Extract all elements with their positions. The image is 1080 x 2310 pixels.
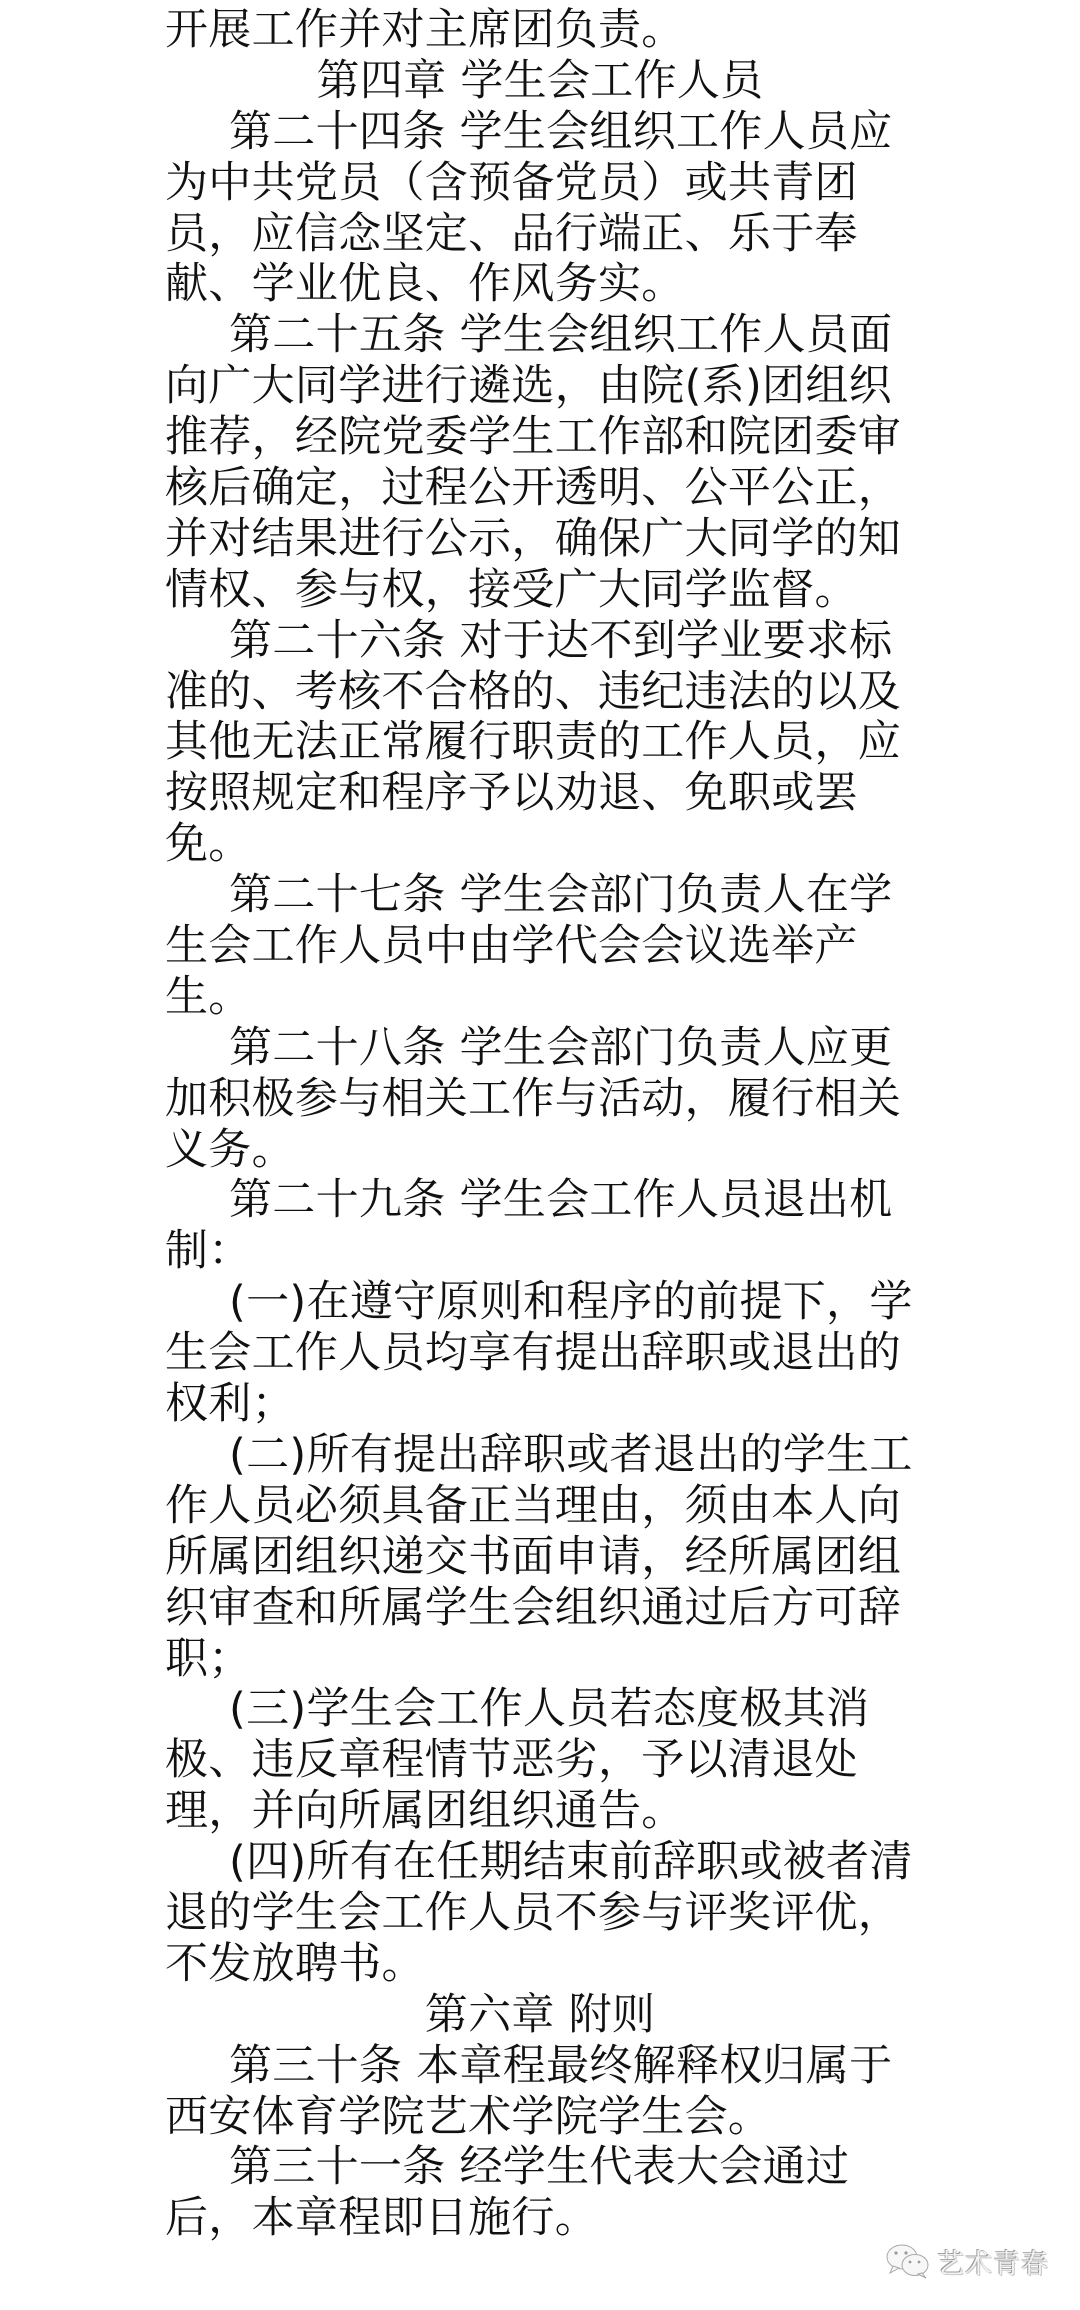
body-line: 为中共党员（含预备党员）或共青团: [165, 158, 925, 209]
wechat-icon: [885, 2242, 931, 2280]
body-line: 加积极参与相关工作与活动，履行相关: [165, 1074, 925, 1125]
clause-line: (二)所有提出辞职或者退出的学生工: [165, 1430, 925, 1481]
body-line: 职；: [165, 1634, 925, 1685]
clause-line: (一)在遵守原则和程序的前提下，学: [165, 1277, 925, 1328]
body-line: 不发放聘书。: [165, 1939, 925, 1990]
body-line: 织审查和所属学生会组织通过后方可辞: [165, 1583, 925, 1634]
body-line: 极、违反章程情节恶劣，予以清退处: [165, 1735, 925, 1786]
body-line: 情权、参与权，接受广大同学监督。: [165, 565, 925, 616]
clause-line: (四)所有在任期结束前辞职或被者清: [165, 1837, 925, 1888]
article-line: 第三十条 本章程最终解释权归属于: [165, 2041, 925, 2092]
body-line: 员，应信念坚定、品行端正、乐于奉: [165, 209, 925, 260]
article-line: 第三十一条 经学生代表大会通过: [165, 2142, 925, 2193]
article-line: 第二十四条 学生会组织工作人员应: [165, 107, 925, 158]
body-line: 理，并向所属团组织通告。: [165, 1786, 925, 1837]
body-line: 按照规定和程序予以劝退、免职或罢: [165, 768, 925, 819]
body-line: 制：: [165, 1226, 925, 1277]
body-line: 西安体育学院艺术学院学生会。: [165, 2092, 925, 2143]
body-line: 并对结果进行公示，确保广大同学的知: [165, 514, 925, 565]
article-line: 第二十五条 学生会组织工作人员面: [165, 310, 925, 361]
document-body: 开展工作并对主席团负责。 第四章 学生会工作人员 第二十四条 学生会组织工作人员…: [165, 5, 925, 2244]
body-line: 生。: [165, 972, 925, 1023]
watermark-text: 艺术青春: [937, 2242, 1049, 2281]
chapter-heading: 第六章 附则: [165, 1990, 915, 2041]
article-line: 第二十八条 学生会部门负责人应更: [165, 1023, 925, 1074]
body-line: 权利；: [165, 1379, 925, 1430]
body-line: 生会工作人员均享有提出辞职或退出的: [165, 1328, 925, 1379]
body-line: 核后确定，过程公开透明、公平公正，: [165, 463, 925, 514]
body-line: 献、学业优良、作风务实。: [165, 259, 925, 310]
body-line: 后，本章程即日施行。: [165, 2193, 925, 2244]
body-line: 所属团组织递交书面申请，经所属团组: [165, 1532, 925, 1583]
article-line: 第二十九条 学生会工作人员退出机: [165, 1175, 925, 1226]
body-line: 开展工作并对主席团负责。: [165, 5, 925, 56]
body-line: 推荐，经院党委学生工作部和院团委审: [165, 412, 925, 463]
body-line: 作人员必须具备正当理由，须由本人向: [165, 1481, 925, 1532]
body-line: 向广大同学进行遴选，由院(系)团组织: [165, 361, 925, 412]
chapter-heading: 第四章 学生会工作人员: [165, 56, 915, 107]
body-line: 义务。: [165, 1125, 925, 1176]
article-line: 第二十七条 学生会部门负责人在学: [165, 870, 925, 921]
watermark: 艺术青春: [885, 2240, 1049, 2282]
body-line: 其他无法正常履行职责的工作人员，应: [165, 717, 925, 768]
body-line: 生会工作人员中由学代会会议选举产: [165, 921, 925, 972]
body-line: 准的、考核不合格的、违纪违法的以及: [165, 667, 925, 718]
article-line: 第二十六条 对于达不到学业要求标: [165, 616, 925, 667]
body-line: 退的学生会工作人员不参与评奖评优，: [165, 1888, 925, 1939]
body-line: 免。: [165, 819, 925, 870]
clause-line: (三)学生会工作人员若态度极其消: [165, 1684, 925, 1735]
